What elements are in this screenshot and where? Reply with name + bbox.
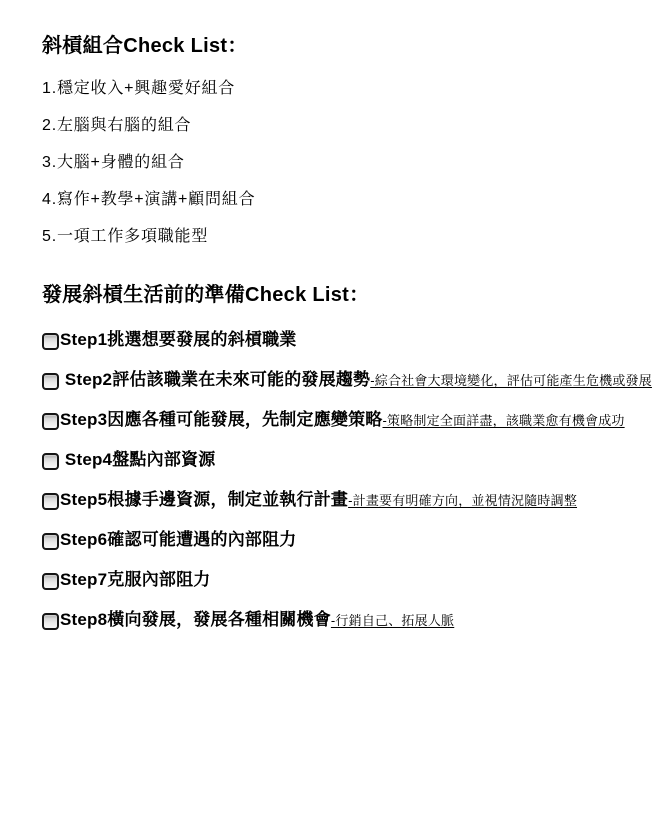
- list-item: 3.大腦+身體的組合: [42, 153, 644, 173]
- step-note: -行銷自己、拓展人脈: [331, 610, 454, 629]
- checkbox-unchecked-icon[interactable]: [42, 613, 59, 630]
- step-label: Step1挑選想要發展的斜槓職業: [60, 328, 297, 352]
- step-row: Step7克服內部阻力: [42, 568, 644, 592]
- document-page: 斜槓組合Check List： 1.穩定收入+興趣愛好組合 2.左腦與右腦的組合…: [0, 0, 672, 822]
- step-row: Step1挑選想要發展的斜槓職業: [42, 328, 644, 352]
- step-label: Step2評估該職業在未來可能的發展趨勢: [60, 368, 370, 392]
- checkbox-unchecked-icon[interactable]: [42, 533, 59, 550]
- checkbox-unchecked-icon[interactable]: [42, 573, 59, 590]
- step-row: Step3因應各種可能發展，先制定應變策略 -策略制定全面詳盡，該職業愈有機會成…: [42, 408, 644, 432]
- checkbox-unchecked-icon[interactable]: [42, 453, 59, 470]
- step-note: -計畫要有明確方向，並視情況隨時調整: [348, 490, 577, 509]
- step-row: Step6確認可能遭遇的內部阻力: [42, 528, 644, 552]
- checkbox-unchecked-icon[interactable]: [42, 373, 59, 390]
- step-row: Step8橫向發展，發展各種相關機會 -行銷自己、拓展人脈: [42, 608, 644, 632]
- section2-title: 發展斜槓生活前的準備Check List：: [42, 283, 644, 308]
- checkbox-unchecked-icon[interactable]: [42, 333, 59, 350]
- step-note: -策略制定全面詳盡，該職業愈有機會成功: [383, 410, 625, 429]
- step-note: -綜合社會大環境變化，評估可能產生危機或發展: [370, 370, 652, 389]
- preparation-steps-list: Step1挑選想要發展的斜槓職業 Step2評估該職業在未來可能的發展趨勢 -綜…: [42, 328, 644, 632]
- section1-title: 斜槓組合Check List：: [42, 34, 644, 59]
- list-item: 2.左腦與右腦的組合: [42, 116, 644, 136]
- step-label: Step5根據手邊資源，制定並執行計畫: [60, 488, 348, 512]
- step-row: Step4盤點內部資源: [42, 448, 644, 472]
- step-label: Step3因應各種可能發展，先制定應變策略: [60, 408, 383, 432]
- step-label: Step4盤點內部資源: [60, 448, 215, 472]
- step-row: Step5根據手邊資源，制定並執行計畫 -計畫要有明確方向，並視情況隨時調整: [42, 488, 644, 512]
- step-label: Step8橫向發展，發展各種相關機會: [60, 608, 331, 632]
- step-label: Step7克服內部阻力: [60, 568, 211, 592]
- list-item: 4.寫作+教學+演講+顧問組合: [42, 190, 644, 210]
- step-row: Step2評估該職業在未來可能的發展趨勢 -綜合社會大環境變化，評估可能產生危機…: [42, 368, 644, 392]
- step-label: Step6確認可能遭遇的內部阻力: [60, 528, 297, 552]
- list-item: 1.穩定收入+興趣愛好組合: [42, 79, 644, 99]
- checkbox-unchecked-icon[interactable]: [42, 493, 59, 510]
- list-item: 5.一項工作多項職能型: [42, 227, 644, 247]
- slash-combo-list: 1.穩定收入+興趣愛好組合 2.左腦與右腦的組合 3.大腦+身體的組合 4.寫作…: [42, 79, 644, 247]
- checkbox-unchecked-icon[interactable]: [42, 413, 59, 430]
